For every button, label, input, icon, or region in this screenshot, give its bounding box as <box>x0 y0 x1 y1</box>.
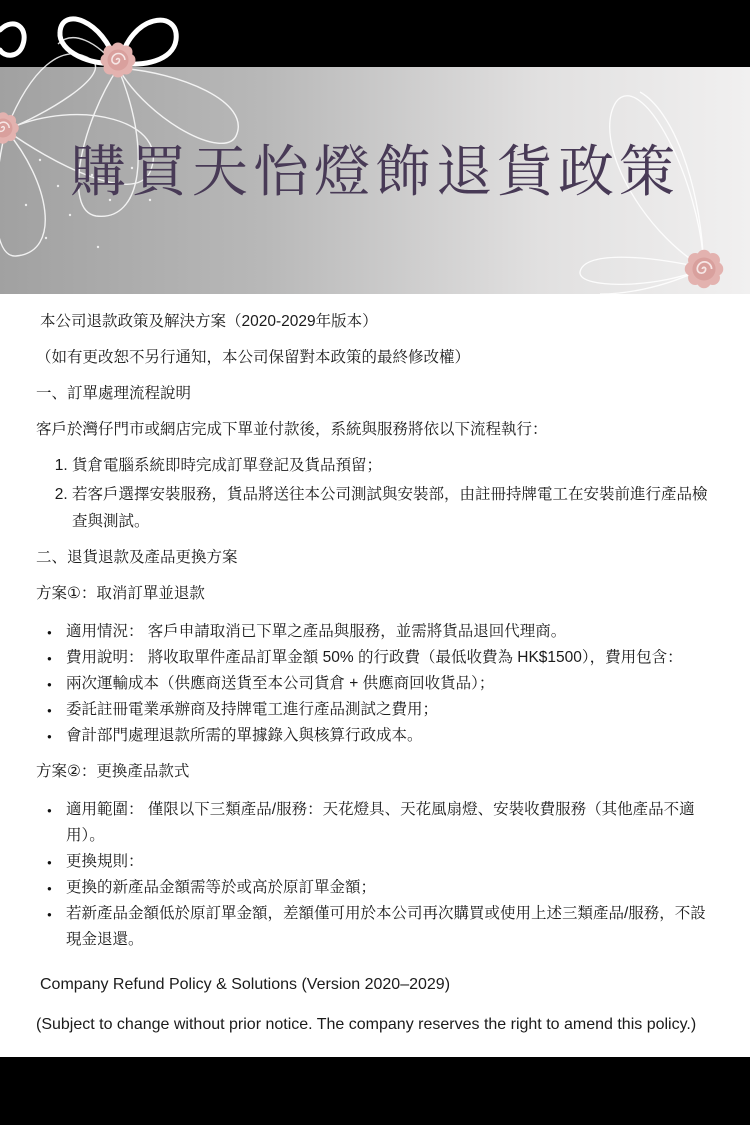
plan1-bullet-item: 適用情況： 客戶申請取消已下單之產品與服務，並需將貨品退回代理商。 <box>47 619 714 645</box>
policy-disclaimer-line: （如有更改恕不另行通知，本公司保留對本政策的最終修改權） <box>36 344 714 371</box>
plan2-bullet-item: 若新產品金額低於原訂單金額，差額僅可用於本公司再次購買或使用上述三類產品/服務，… <box>47 901 714 953</box>
plan1-bullet-item: 委託註冊電業承辦商及持牌電工進行產品測試之費用； <box>47 697 714 723</box>
order-step-item: 貨倉電腦系統即時完成訂單登記及貨品預留； <box>72 452 714 479</box>
hero-banner: 購買天怡燈飾退貨政策 <box>0 0 750 294</box>
section1-lead: 客戶於灣仔門市或網店完成下單並付款後，系統與服務將依以下流程執行： <box>36 416 714 443</box>
policy-version-line: 本公司退款政策及解決方案（2020-2029年版本） <box>36 308 714 335</box>
policy-content: 本公司退款政策及解決方案（2020-2029年版本） （如有更改恕不另行通知，本… <box>0 294 750 1078</box>
plan1-bullet-list: 適用情況： 客戶申請取消已下單之產品與服務，並需將貨品退回代理商。費用說明： 將… <box>36 619 714 749</box>
order-step-item: 若客戶選擇安裝服務，貨品將送往本公司測試與安裝部，由註冊持牌電工在安裝前進行產品… <box>72 481 714 535</box>
plan1-bullet-item: 會計部門處理退款所需的單據錄入與核算行政成本。 <box>47 723 714 749</box>
plan2-bullet-item: 更換的新產品金額需等於或高於原訂單金額； <box>47 875 714 901</box>
section1-heading: 一、訂單處理流程說明 <box>36 380 714 407</box>
policy-page: 購買天怡燈飾退貨政策 本公司退款政策及解決方案（2020-2029年版本） （如… <box>0 0 750 1125</box>
plan2-bullet-item: 適用範圍： 僅限以下三類產品/服務：天花燈具、天花風扇燈、安裝收費服務（其他產品… <box>47 797 714 849</box>
english-title: Company Refund Policy & Solutions (Versi… <box>36 971 714 998</box>
plan1-title: 方案①：取消訂單並退款 <box>36 580 714 607</box>
plan2-title: 方案②：更換產品款式 <box>36 758 714 785</box>
plan1-bullet-item: 費用說明： 將收取單件產品訂單金額 50% 的行政費（最低收費為 HK$1500… <box>47 645 714 671</box>
bold-flower-icon <box>0 19 176 64</box>
footer-black-bar <box>0 1057 750 1125</box>
plan2-bullet-list: 適用範圍： 僅限以下三類產品/服務：天花燈具、天花風扇燈、安裝收費服務（其他產品… <box>36 797 714 953</box>
section2-heading: 二、退貨退款及產品更換方案 <box>36 544 714 571</box>
plan1-bullet-item: 兩次運輸成本（供應商送貨至本公司貨倉 + 供應商回收貨品）； <box>47 671 714 697</box>
order-steps-list: 貨倉電腦系統即時完成訂單登記及貨品預留；若客戶選擇安裝服務，貨品將送往本公司測試… <box>36 452 714 535</box>
page-title: 購買天怡燈飾退貨政策 <box>0 128 750 208</box>
plan2-bullet-item: 更換規則： <box>47 849 714 875</box>
english-note: (Subject to change without prior notice.… <box>36 1011 714 1038</box>
